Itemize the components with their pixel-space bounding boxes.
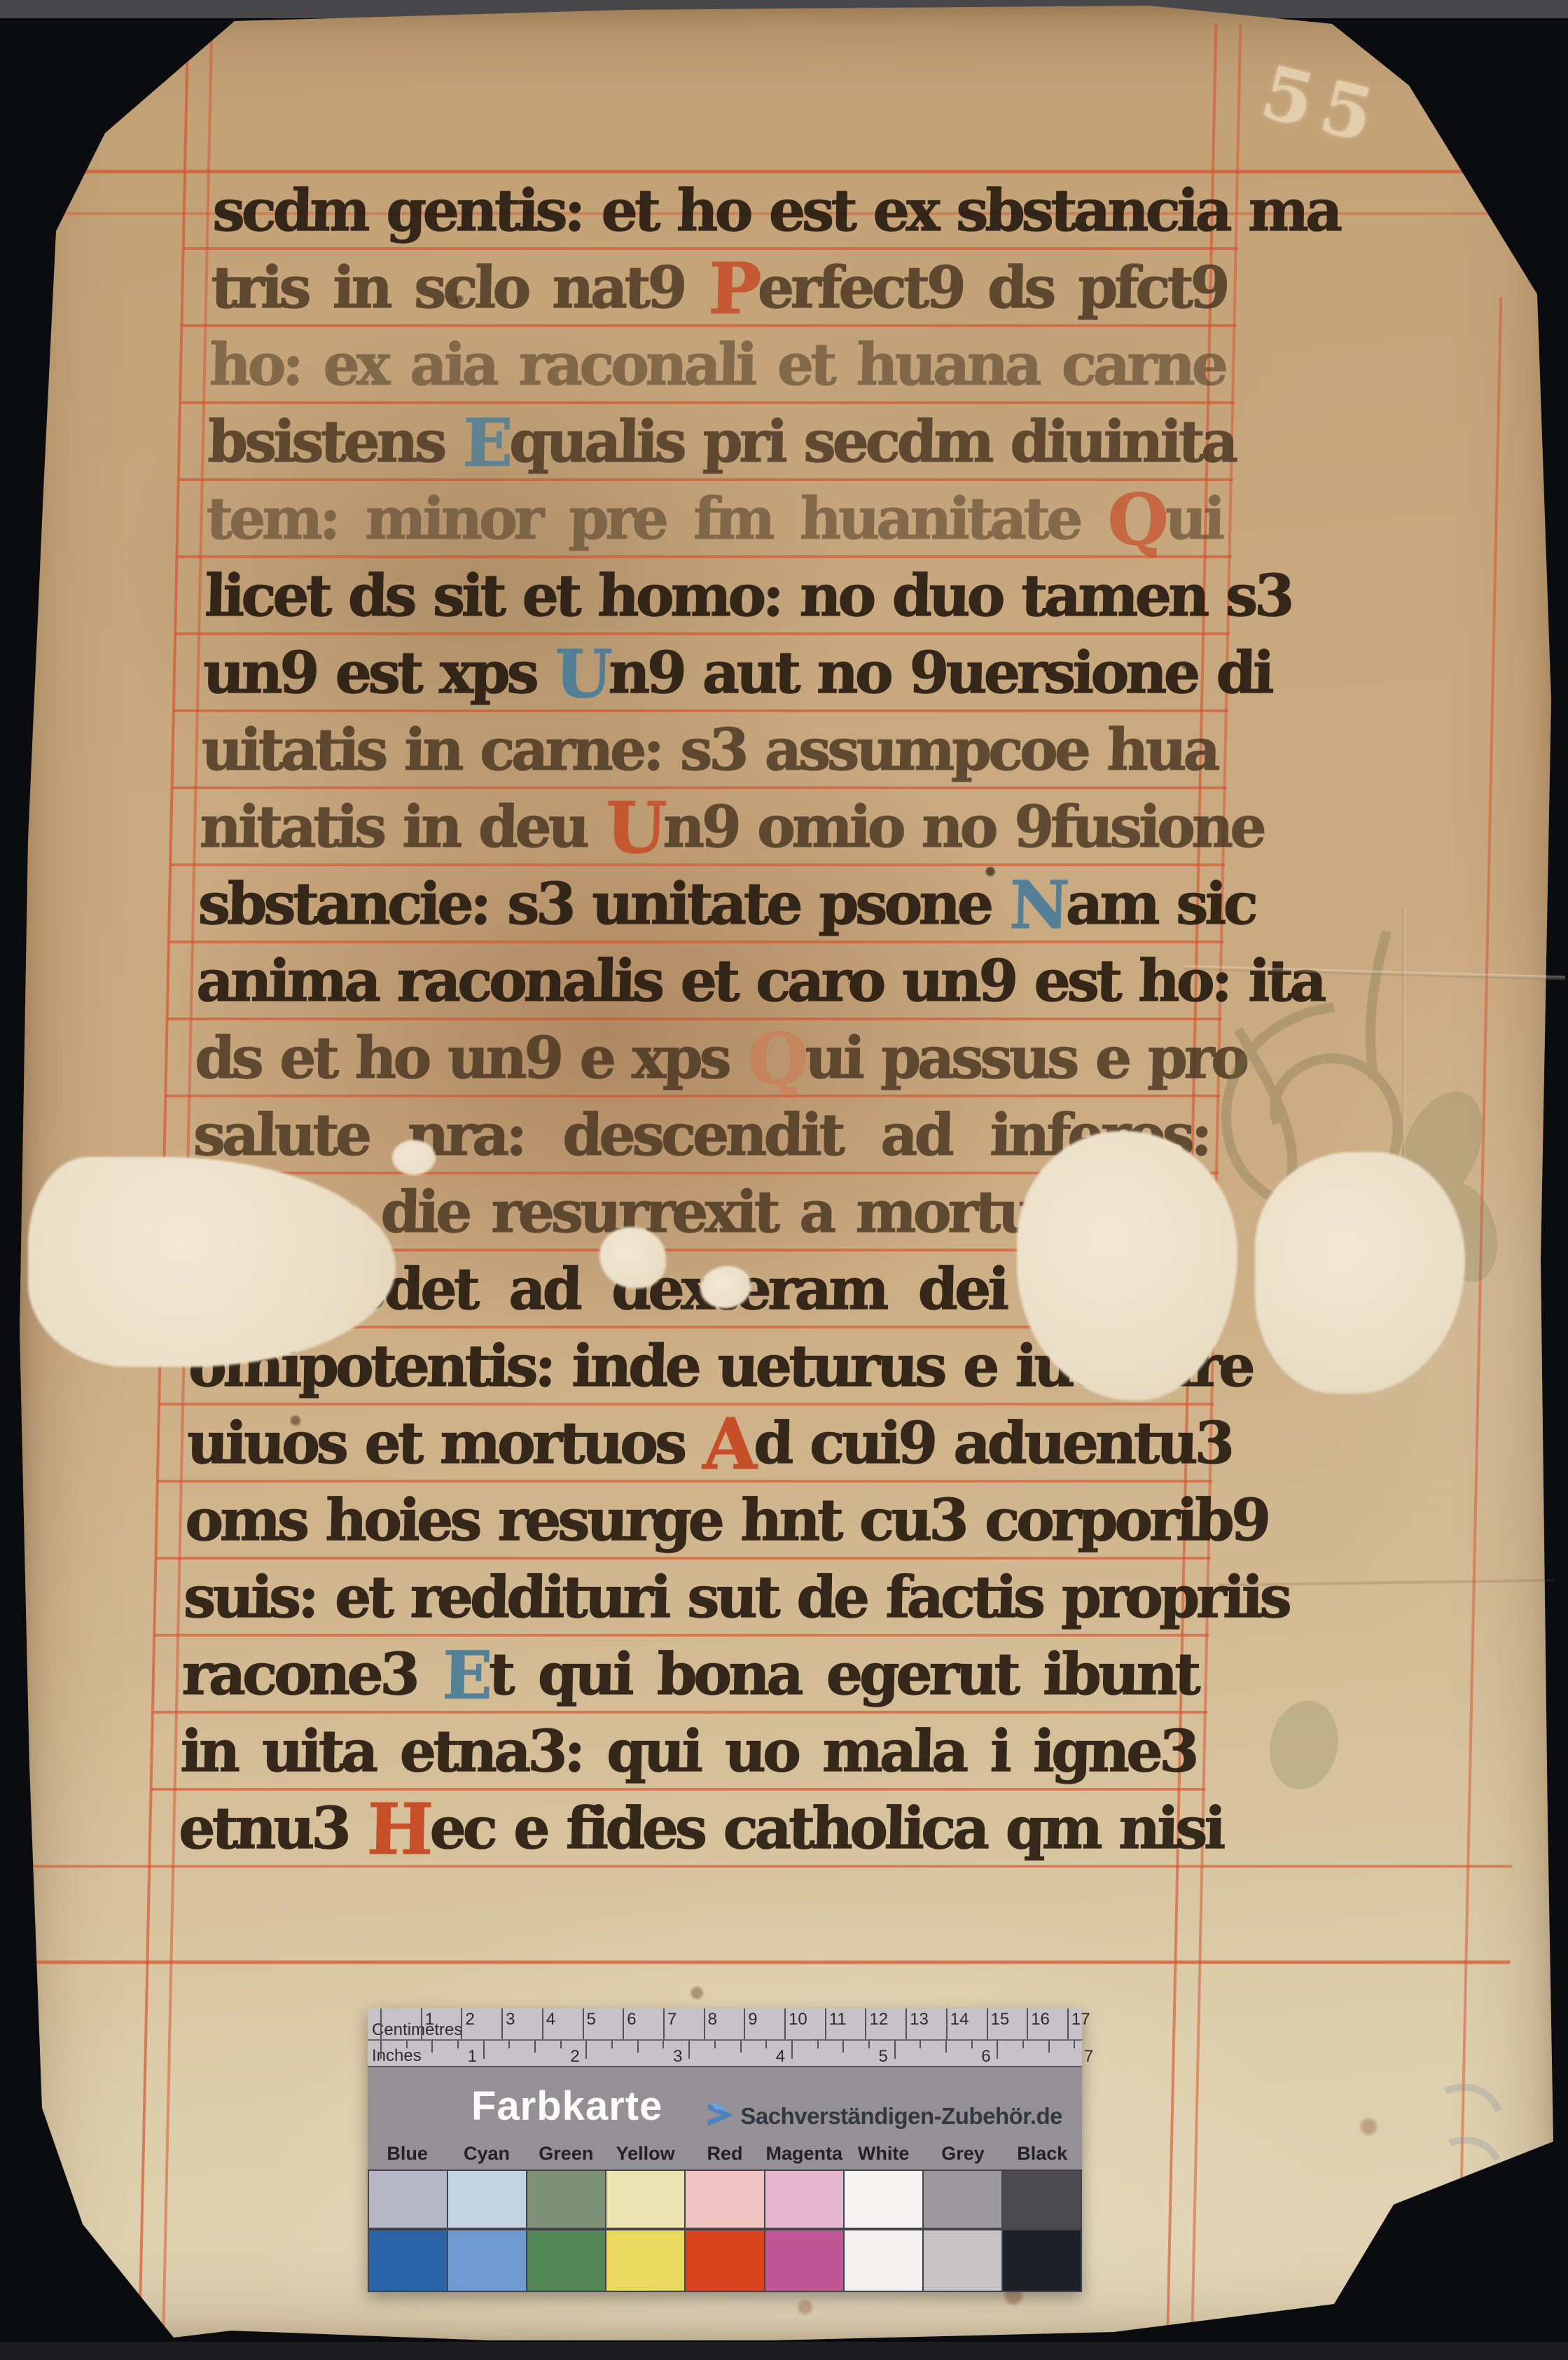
manuscript-line: tem: minor pre fm huanitate Qui [205,483,1222,558]
inch-tick [945,2041,947,2053]
manuscript-photograph: scdm gentis: et ho est ex sbstancia matr… [0,0,1568,2360]
manuscript-line: licet ds sit et homo: no duo tamen s3 [204,560,1221,635]
repair-patch-small [392,1140,436,1175]
text-segment: bsistens [207,408,464,476]
text-segment: un9 est xps [202,639,556,707]
cm-tick [663,2008,665,2039]
text-segment: anima raconalis et caro un9 est ho: ita [196,948,1324,1015]
color-swatch-grey [924,2230,1001,2291]
cm-number: 6 [627,2010,636,2029]
inch-number: 2 [570,2047,579,2067]
illuminated-initial: Q [747,1018,806,1100]
text-segment: racone3 [181,1641,443,1708]
inch-tick [714,2041,716,2048]
illuminated-initial: H [366,1788,431,1870]
inches-label: Inches [372,2046,422,2066]
swatch-label: Red [685,2143,764,2170]
inch-tick [688,2041,690,2059]
cm-number: 10 [789,2010,807,2029]
cm-tick [421,2008,422,2039]
inch-tick [483,2041,485,2059]
manuscript-line: nitatis in deu Un9 omio no 9fusione [199,791,1216,866]
cm-number: 17 [1071,2010,1090,2029]
text-segment: tem: minor pre fm huanitate [206,485,1109,553]
ruler-inches-row: Inches 1234567 [368,2041,1082,2066]
cm-tick [542,2008,543,2039]
text-segment: licet ds sit et homo: no duo tamen s3 [204,562,1291,630]
color-calibration-card: Centimetres 1234567891011121314151617 In… [368,2008,1082,2292]
inch-tick [791,2041,793,2059]
text-segment: ui passus e pro [805,1025,1247,1092]
cm-number: 12 [869,2010,888,2029]
cm-tick [987,2008,988,2039]
cm-number: 1 [425,2010,434,2029]
cm-number: 13 [910,2010,929,2029]
manuscript-line: sbstancie: s3 unitate psone Nam sic [197,868,1214,943]
color-swatch-white [845,2171,922,2228]
inch-tick [431,2041,433,2053]
text-segment: in uita etna3: qui uo mala i igne3 [180,1718,1197,1785]
text-segment: tris in sclo nat9 [210,254,709,321]
text-segment: ds et ho un9 e xps [194,1025,748,1092]
swatch-label: Green [527,2143,606,2170]
inch-tick [380,2041,382,2059]
inch-tick [817,2041,819,2048]
color-swatch-magenta [765,2171,843,2228]
cm-tick [501,2008,503,2039]
inch-tick [1022,2041,1024,2048]
cm-tick [744,2008,745,2039]
color-swatch-red [686,2171,763,2228]
inch-number: 4 [776,2047,785,2067]
text-segment: sbstancie: s3 unitate psone [197,870,1011,938]
text-segment: nitatis in deu [199,793,606,861]
illuminated-initial: E [442,1637,490,1714]
color-swatch-blue [369,2230,447,2291]
brand-logo: Sachverständigen-Zubehör.de [707,2099,1062,2133]
manuscript-line: tris in sclo nat9 Perfect9 ds pfct9 [210,251,1227,327]
inch-tick [868,2041,870,2048]
swatch-label: Grey [923,2143,1002,2170]
cm-tick [906,2008,907,2039]
manuscript-line: bsistens Equalis pri secdm diuinita [207,405,1224,481]
swatch-label: Cyan [447,2143,526,2170]
cm-number: 8 [708,2010,717,2029]
manuscript-line: suis: et reddituri sut de factis proprii… [183,1561,1200,1637]
inch-number: 1 [468,2047,477,2067]
inch-tick [920,2041,921,2048]
color-swatch-green [527,2230,605,2291]
vivid-swatch-row [368,2229,1082,2292]
color-swatch-green [527,2171,605,2228]
text-segment: etnu3 [178,1795,368,1862]
cm-number: 2 [465,2010,474,2029]
text-segment: ui [1165,485,1223,553]
inch-number: 7 [1084,2047,1093,2067]
ruler-strip: Centimetres 1234567891011121314151617 In… [368,2008,1082,2067]
cm-tick [461,2008,462,2039]
cm-tick [380,2008,382,2039]
photo-bottom-edge [0,2342,1568,2360]
inch-tick [637,2041,639,2053]
inch-tick [611,2041,613,2048]
inch-number: 3 [673,2047,682,2067]
manuscript-line: anima raconalis et caro un9 est ho: ita [196,945,1213,1020]
cm-tick [1067,2008,1069,2039]
inch-tick [765,2041,767,2048]
color-swatch-cyan [448,2171,526,2228]
text-segment: n9 aut no 9uersione di [608,639,1272,707]
manuscript-line: ds et ho un9 e xps Qui passus e pro [194,1022,1211,1097]
cm-number: 5 [587,2010,596,2029]
inch-tick [662,2041,664,2048]
cm-number: 15 [991,2010,1010,2029]
text-segment: ec e fides catholica qm nisi [429,1795,1223,1862]
card-title: Farbkarte [471,2083,662,2130]
cm-number: 9 [748,2010,757,2029]
manuscript-line: scdm gentis: et ho est ex sbstancia ma [212,174,1229,250]
illuminated-initial: U [605,786,665,869]
manuscript-line: oms hoies resurge hnt cu3 corporib9 [184,1484,1201,1560]
swatch-label: Black [1003,2143,1082,2170]
text-segment: n9 omio no 9fusione [662,793,1264,861]
illuminated-initial: A [702,1403,755,1485]
text-segment: uitatis in carne: s3 assumpcoe hua [201,716,1218,784]
cm-number: 3 [506,2010,515,2029]
cm-number: 11 [829,2010,847,2029]
color-swatch-yellow [606,2230,684,2291]
text-segment: qualis pri secdm diuinita [508,408,1235,476]
color-swatch-cyan [448,2230,526,2291]
color-swatch-yellow [606,2171,684,2228]
swatch-label: White [844,2143,923,2170]
color-swatch-black [1003,2171,1081,2228]
cm-tick [623,2008,624,2039]
manuscript-line: ho: ex aia raconali et huana carne [209,328,1226,404]
manuscript-line: un9 est xps Un9 aut no 9uersione di [202,637,1219,712]
text-segment: uiuos et mortuos [186,1410,704,1477]
color-swatch-grey [924,2171,1001,2228]
cm-number: 4 [546,2010,555,2029]
text-segment: t qui bona egerut ibunt [488,1641,1198,1708]
inch-tick [560,2041,562,2048]
text-segment: scdm gentis: et ho est ex sbstancia ma [212,177,1340,244]
swatch-label: Yellow [606,2143,685,2170]
inch-tick [971,2041,973,2048]
color-swatch-white [845,2230,922,2291]
inch-tick [1074,2041,1075,2048]
cm-tick [825,2008,826,2039]
inch-tick [842,2041,844,2053]
cm-number: 14 [950,2010,969,2029]
inch-number: 5 [879,2047,888,2067]
inch-tick [508,2041,510,2048]
text-segment: d cui9 aduentu3 [754,1410,1233,1477]
cm-number: 16 [1031,2010,1050,2029]
ruler-centimetres-row: Centimetres 1234567891011121314151617 [368,2008,1082,2041]
text-segment: suis: et reddituri sut de factis proprii… [183,1564,1289,1631]
inch-tick [585,2041,587,2059]
pastel-swatch-row [368,2170,1082,2229]
inch-tick [894,2041,896,2059]
swatch-label: Magenta [765,2143,844,2170]
brand-text: Sachverständigen-Zubehör.de [740,2103,1062,2130]
centimetres-label: Centimetres [372,2020,462,2040]
inch-tick [534,2041,536,2053]
manuscript-line: uitatis in carne: s3 assumpcoe hua [200,714,1217,789]
cm-tick [1027,2008,1028,2039]
manuscript-line: uiuos et mortuos Ad cui9 aduentu3 [186,1407,1203,1483]
repair-patch-small [700,1266,751,1308]
cm-tick [946,2008,948,2039]
inch-tick [740,2041,742,2053]
cm-number: 7 [667,2010,677,2029]
manuscript-line: racone3 Et qui bona egerut ibunt [181,1638,1198,1714]
cm-tick [865,2008,866,2039]
illuminated-initial: U [554,636,609,713]
color-swatch-black [1003,2230,1081,2291]
swatch-label-row: BlueCyanGreenYellowRedMagentaWhiteGreyBl… [368,2143,1082,2170]
text-segment: oms hoies resurge hnt cu3 corporib9 [185,1487,1268,1554]
cm-tick [704,2008,705,2039]
illuminated-initial: E [462,405,511,482]
blue-arrow-icon [707,2099,735,2133]
inch-tick [457,2041,459,2048]
color-swatch-blue [369,2171,447,2228]
inch-tick [1048,2041,1050,2053]
color-swatch-magenta [765,2230,843,2291]
cm-tick [784,2008,786,2039]
text-segment: ho: ex aia raconali et huana carne [209,331,1226,398]
manuscript-line: in uita etna3: qui uo mala i igne3 [180,1715,1197,1791]
swatch-label: Blue [368,2143,447,2170]
cm-tick [583,2008,584,2039]
text-segment: am sic [1065,870,1256,938]
text-segment: erfect9 ds pfct9 [757,254,1227,321]
inch-tick [406,2041,408,2048]
color-swatch-red [686,2230,763,2291]
illuminated-initial: Q [1106,478,1166,561]
manuscript-line: etnu3 Hec e fides catholica qm nisi [178,1792,1195,1868]
illuminated-initial: N [1009,867,1067,944]
illuminated-initial: P [708,247,759,330]
inch-number: 6 [981,2047,990,2067]
inch-tick [997,2041,998,2059]
